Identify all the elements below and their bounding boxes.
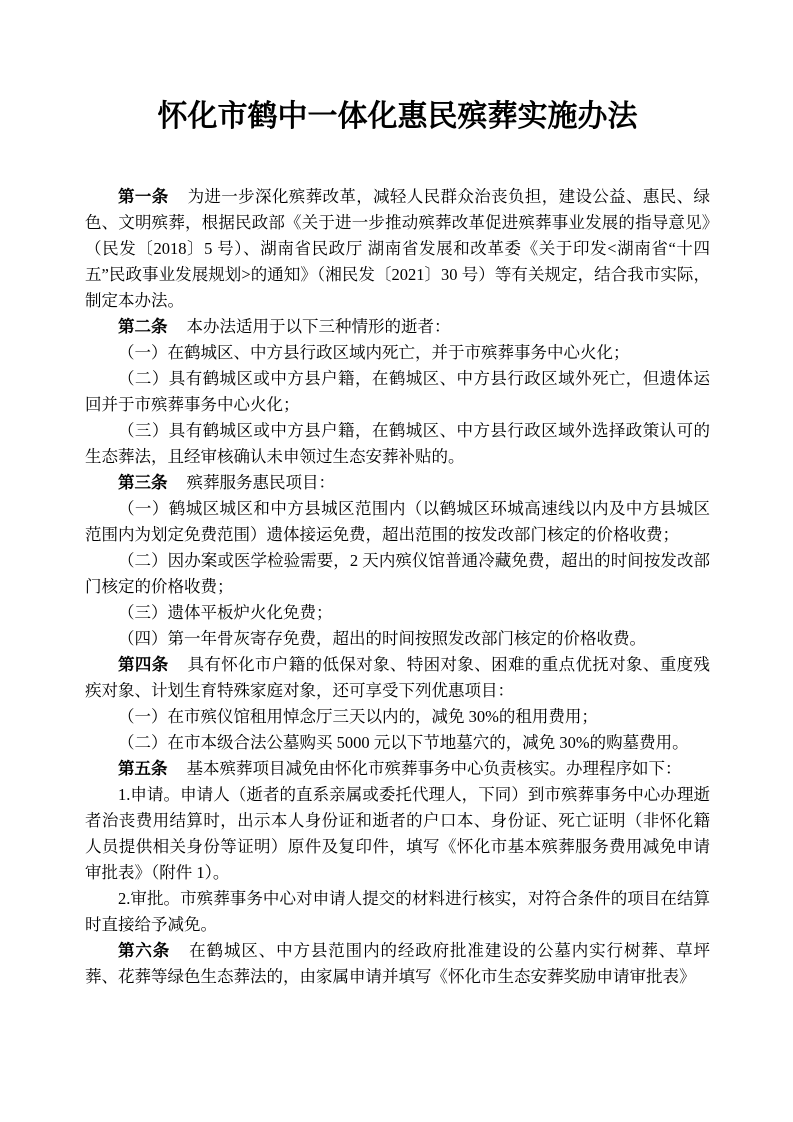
article-label: 第一条 <box>118 188 169 206</box>
paragraph-item: （一）在鹤城区、中方县行政区域内死亡，并于市殡葬事务中心火化； <box>85 340 710 366</box>
paragraph-article-3: 第三条殡葬服务惠民项目： <box>85 470 710 496</box>
article-label: 第二条 <box>118 318 168 336</box>
paragraph-item: （一）鹤城区城区和中方县城区范围内（以鹤城区环城高速线以内及中方县城区范围内为划… <box>85 496 710 548</box>
paragraph-text: 本办法适用于以下三种情形的逝者： <box>186 317 450 336</box>
paragraph-text: （二）具有鹤城区或中方县户籍，在鹤城区、中方县行政区域外死亡，但遗体运回并于市殡… <box>85 369 710 414</box>
paragraph-item: （四）第一年骨灰寄存免费，超出的时间按照发改部门核定的价格收费。 <box>85 626 710 652</box>
article-label: 第六条 <box>118 942 170 960</box>
paragraph-item: （二）具有鹤城区或中方县户籍，在鹤城区、中方县行政区域外死亡，但遗体运回并于市殡… <box>85 366 710 418</box>
paragraph-item: （二）因办案或医学检验需要，2 天内殡仪馆普通冷藏免费，超出的时间按发改部门核定… <box>85 548 710 600</box>
paragraph-article-1: 第一条为进一步深化殡葬改革，减轻人民群众治丧负担，建设公益、惠民、绿色、文明殡葬… <box>85 184 710 314</box>
article-label: 第四条 <box>118 656 169 674</box>
document-page: 怀化市鹤中一体化惠民殡葬实施办法 第一条为进一步深化殡葬改革，减轻人民群众治丧负… <box>0 0 793 1122</box>
paragraph-text: 殡葬服务惠民项目： <box>186 473 335 492</box>
paragraph-text: （三）遗体平板炉火化免费； <box>118 603 333 622</box>
paragraph-article-4: 第四条具有怀化市户籍的低保对象、特困对象、困难的重点优抚对象、重度残疾对象、计划… <box>85 652 710 704</box>
paragraph-text: 1.申请。申请人（逝者的直系亲属或委托代理人，下同）到市殡葬事务中心办理逝者治丧… <box>85 785 710 882</box>
paragraph-item: （三）遗体平板炉火化免费； <box>85 600 710 626</box>
paragraph-text: （二）因办案或医学检验需要，2 天内殡仪馆普通冷藏免费，超出的时间按发改部门核定… <box>85 551 710 596</box>
paragraph-text: （一）在市殡仪馆租用悼念厅三天以内的，减免 30%的租用费用； <box>118 707 598 726</box>
article-label: 第三条 <box>118 474 168 492</box>
paragraph-item: （二）在市本级合法公墓购买 5000 元以下节地墓穴的，减免 30%的购墓费用。 <box>85 730 710 756</box>
paragraph-text: 2.审批。市殡葬事务中心对申请人提交的材料进行核实，对符合条件的项目在结算时直接… <box>85 889 710 934</box>
paragraph-article-6: 第六条在鹤城区、中方县范围内的经政府批准建设的公墓内实行树葬、草坪葬、花葬等绿色… <box>85 938 710 990</box>
paragraph-article-5: 第五条基本殡葬项目减免由怀化市殡葬事务中心负责核实。办理程序如下： <box>85 756 710 782</box>
paragraph-text: 在鹤城区、中方县范围内的经政府批准建设的公墓内实行树葬、草坪葬、花葬等绿色生态葬… <box>85 941 710 986</box>
paragraph-item: 1.申请。申请人（逝者的直系亲属或委托代理人，下同）到市殡葬事务中心办理逝者治丧… <box>85 782 710 886</box>
paragraph-text: 具有怀化市户籍的低保对象、特困对象、困难的重点优抚对象、重度残疾对象、计划生育特… <box>85 655 710 700</box>
paragraph-item: 2.审批。市殡葬事务中心对申请人提交的材料进行核实，对符合条件的项目在结算时直接… <box>85 886 710 938</box>
paragraph-text: （三）具有鹤城区或中方县户籍，在鹤城区、中方县行政区域外选择政策认可的生态葬法，… <box>85 421 710 466</box>
paragraph-item: （一）在市殡仪馆租用悼念厅三天以内的，减免 30%的租用费用； <box>85 704 710 730</box>
paragraph-text: （一）在鹤城区、中方县行政区域内死亡，并于市殡葬事务中心火化； <box>118 343 630 362</box>
paragraph-article-2: 第二条本办法适用于以下三种情形的逝者： <box>85 314 710 340</box>
paragraph-text: （四）第一年骨灰寄存免费，超出的时间按照发改部门核定的价格收费。 <box>118 629 646 648</box>
paragraph-item: （三）具有鹤城区或中方县户籍，在鹤城区、中方县行政区域外选择政策认可的生态葬法，… <box>85 418 710 470</box>
paragraph-text: （一）鹤城区城区和中方县城区范围内（以鹤城区环城高速线以内及中方县城区范围内为划… <box>85 499 710 544</box>
paragraph-text: 基本殡葬项目减免由怀化市殡葬事务中心负责核实。办理程序如下： <box>186 759 681 778</box>
paragraph-text: （二）在市本级合法公墓购买 5000 元以下节地墓穴的，减免 30%的购墓费用。 <box>118 733 689 752</box>
paragraph-text: 为进一步深化殡葬改革，减轻人民群众治丧负担，建设公益、惠民、绿色、文明殡葬，根据… <box>85 187 710 310</box>
document-title: 怀化市鹤中一体化惠民殡葬实施办法 <box>85 96 710 138</box>
article-label: 第五条 <box>118 760 168 778</box>
